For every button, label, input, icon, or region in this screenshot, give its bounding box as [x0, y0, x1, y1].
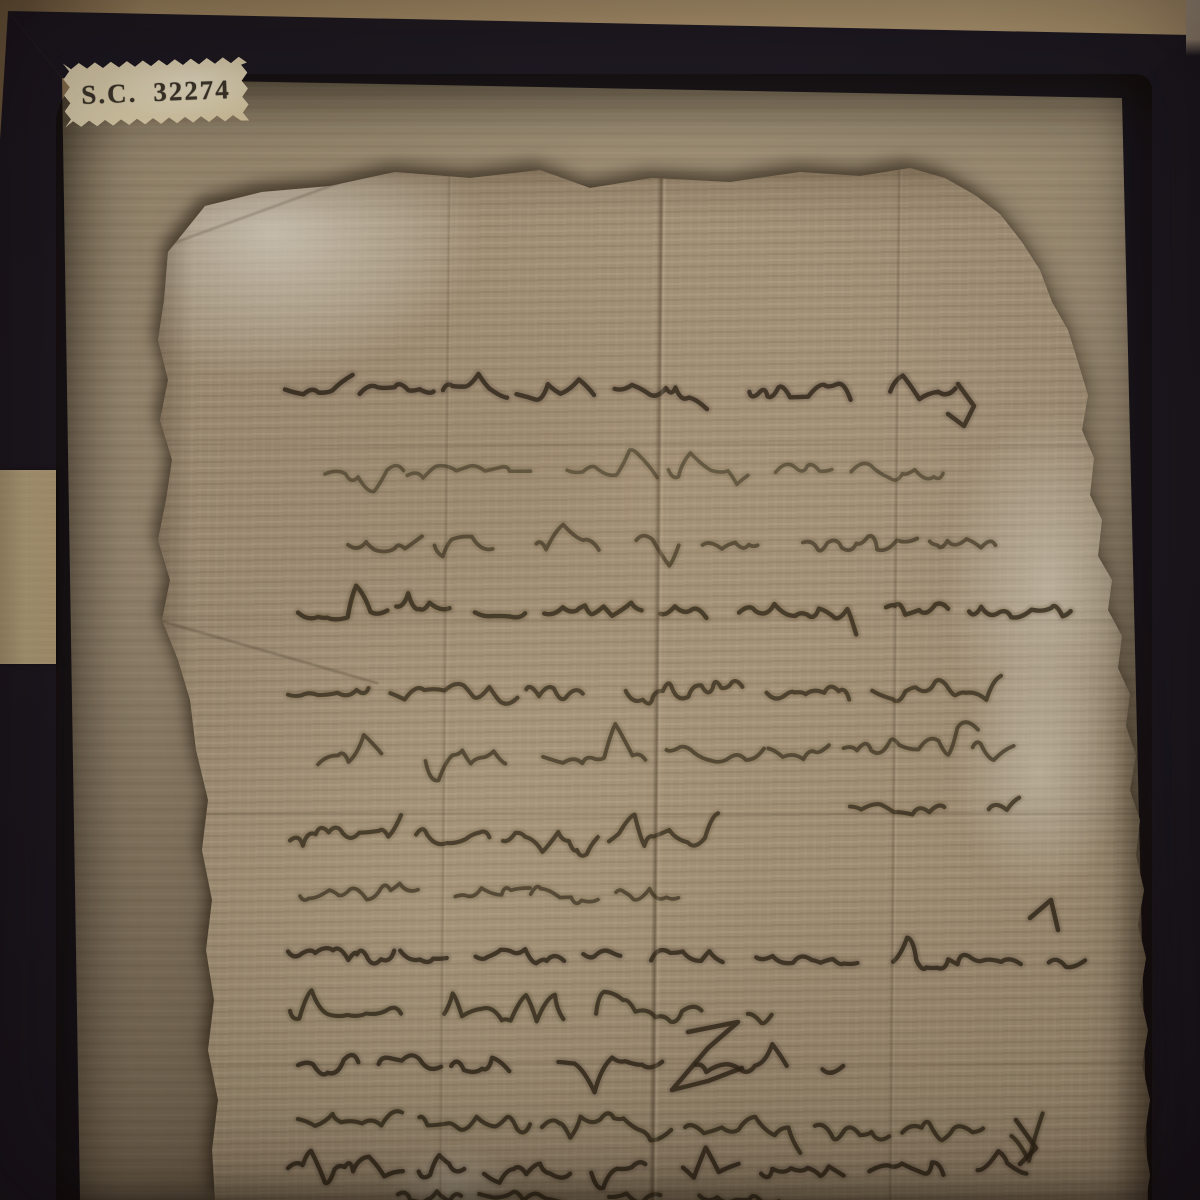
label-prefix: S.C.	[81, 77, 138, 110]
photo-of-framed-papyrus: S.C. 32274	[0, 0, 1200, 1200]
label-number: 32274	[153, 74, 232, 108]
papyrus-fragment	[150, 160, 1160, 1200]
handwriting-svg	[150, 160, 1160, 1200]
handwriting-lines	[285, 374, 1085, 1200]
papyrus-fragment-wrap	[150, 160, 1160, 1200]
tape-patch	[0, 470, 56, 664]
background-light-strip	[1186, 0, 1200, 56]
inventory-label: S.C. 32274	[63, 56, 249, 127]
